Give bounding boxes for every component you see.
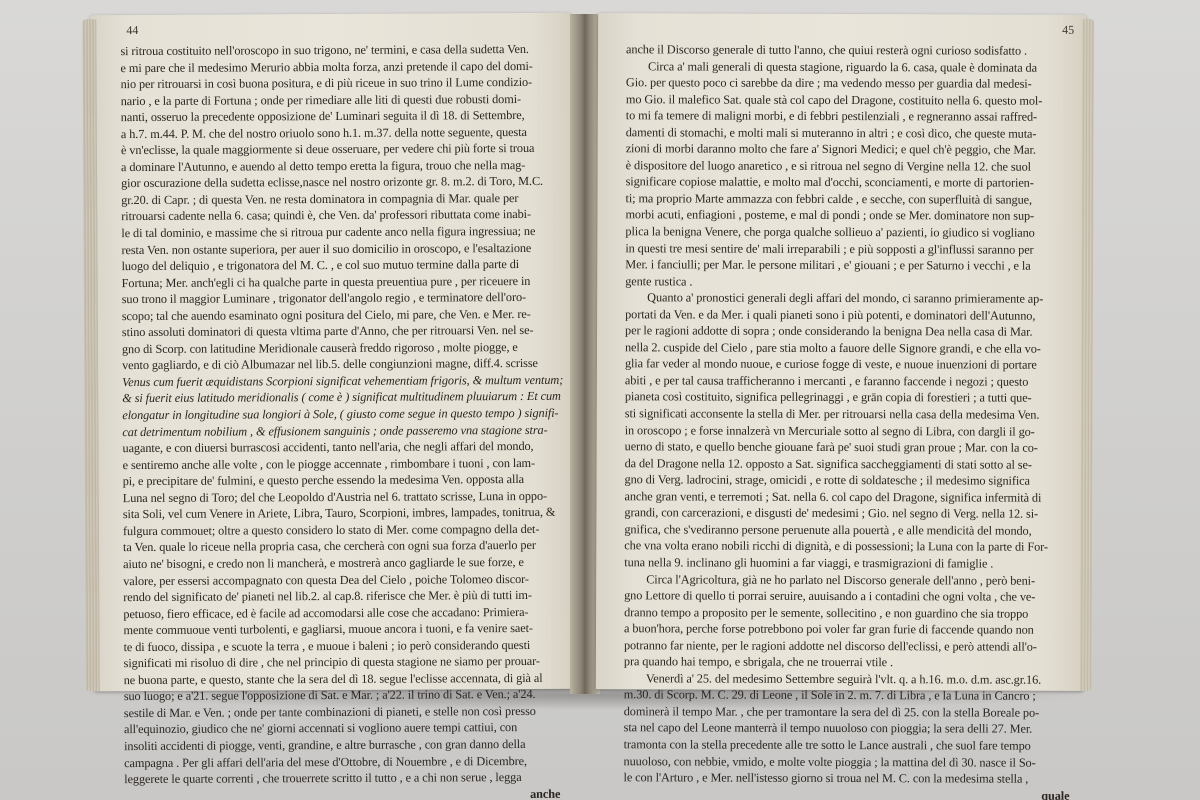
text-line: anche il Discorso generale di tutto l'an…	[626, 41, 1076, 59]
text-line: aiuto ne' bisogni, e credo non li manche…	[123, 554, 563, 573]
right-page-number: 45	[1062, 23, 1074, 38]
text-line: uerno di stato, e quello benche giouane …	[625, 438, 1075, 456]
text-line: a buon'hora, perche forse potrebbono poi…	[624, 620, 1074, 638]
right-page-edges	[1080, 19, 1094, 691]
text-line: plica la benigna Venere, che porga qualc…	[625, 223, 1075, 241]
text-line: suo trono il maggior Luminare , trigonat…	[122, 289, 562, 308]
text-line: pra quando hai tempo, e sbrigala, che ne…	[624, 653, 1074, 671]
text-line: abiti , e per tal causa trafficheranno i…	[625, 372, 1075, 390]
text-line: luogo del deliquio , e trigonatora del M…	[122, 256, 562, 275]
text-line: dranno tempo a proposito per le semente,…	[624, 604, 1074, 622]
text-line: da del Dragone nella 12. opposto a Sat. …	[625, 455, 1075, 473]
text-line: Venerdì a' 25. del medesimo Settembre se…	[624, 670, 1074, 688]
catchword: quale	[623, 786, 1073, 800]
text-line: è vn'eclisse, la quale maggiormente si d…	[121, 140, 561, 159]
text-line: mo Gio. il malefico Sat. quale stà col c…	[626, 91, 1076, 109]
text-line: è dispositore del luogo anaretico , e si…	[626, 157, 1076, 175]
text-line: nio per ritrouarsi in così buona positur…	[121, 74, 561, 93]
text-line: Circa l'Agricoltura, già ne ho parlato n…	[624, 571, 1074, 589]
text-line: sti significati acconsente la stella di …	[625, 405, 1075, 423]
text-line: Mer. i fanciulli; per Mar. le persone mi…	[625, 256, 1075, 274]
text-line: anche gran venti, e terremoti ; Sat. nel…	[624, 488, 1074, 506]
left-page-number: 44	[126, 23, 138, 38]
text-line: le con l'Arturo , e Mer. nell'istesso gi…	[623, 769, 1073, 787]
text-line: Quanto a' pronostici generali degli affa…	[625, 289, 1075, 307]
text-line: m.30. di Scorp. M. C. 29. di Leone , il …	[624, 687, 1074, 705]
text-line: pi, e precipitare de' fulmini, e questo …	[123, 471, 563, 490]
text-line: portati da Ven. e da Mer. i quali pianet…	[625, 306, 1075, 324]
left-page-text: si ritroua costituito nell'oroscopo in s…	[120, 41, 564, 800]
right-page: 45 anche il Discorso generale di tutto l…	[596, 13, 1086, 691]
text-line: in oroscopo ; e forse innalzerà vn Mercu…	[625, 422, 1075, 440]
text-line: gno di Verg. ladrocini, strage, omicidi …	[625, 471, 1075, 489]
left-page: 44 si ritroua costituito nell'oroscopo i…	[90, 13, 574, 692]
text-line: si ritroua costituito nell'oroscopo in s…	[120, 41, 560, 60]
text-line: Circa a' mali generali di questa stagion…	[626, 58, 1076, 76]
text-line: morbi acuti, enfiagioni , posteme, e mal…	[625, 207, 1075, 225]
text-line: ti; ma proprio Marte ammazza con febbri …	[626, 190, 1076, 208]
text-line: nella 2. cuspide del Cielo , pare stia m…	[625, 339, 1075, 357]
text-line: to mi fa temere di maligni morbi, e di f…	[626, 107, 1076, 125]
text-line: mente commuoue venti turbolenti, e gagli…	[123, 620, 563, 639]
text-line: tuna nella 9. inclinano gli huomini a fa…	[624, 554, 1074, 572]
text-line: stino assoluti dominatori di questa vlti…	[122, 322, 562, 341]
text-line: sta nel capo del Leone manterrà il tempo…	[624, 720, 1074, 738]
text-line: grandi, con carcerazioni, e disgusti de'…	[624, 505, 1074, 523]
open-book: 44 si ritroua costituito nell'oroscopo i…	[92, 14, 1092, 704]
text-line: significati mi risoluo di dire , che nel…	[124, 653, 564, 672]
text-line: tramonta con la stella precedente alle t…	[624, 736, 1074, 754]
text-line: uagante, e con diuersi burrascosi accide…	[122, 438, 562, 457]
text-line: gno Lettore di quello ti porrai seruire,…	[624, 587, 1074, 605]
right-page-text: anche il Discorso generale di tutto l'an…	[623, 41, 1076, 800]
text-line: le di tal dominio, e massime che si ritr…	[121, 223, 561, 242]
text-line: nanti, osseruo la precedente opposizione…	[121, 107, 561, 126]
catchword: anche	[124, 785, 564, 800]
text-line: insoliti accidenti di piogge, venti, gra…	[124, 736, 564, 755]
text-line: potranno far niente, per le ragioni addo…	[624, 637, 1074, 655]
text-line: in questi tre mesi sentire de' mali irre…	[625, 240, 1075, 258]
text-line: dominerà il tempo Mar. , che per tramont…	[624, 703, 1074, 721]
text-line: pianeta così costituito, significa pelle…	[625, 389, 1075, 407]
text-line: zioni di morbi daranno molto che fare a'…	[626, 141, 1076, 159]
text-line: glia far veder al mondo nuoue, e curiose…	[625, 356, 1075, 374]
text-line: per le ragioni addotte di sopra ; onde c…	[625, 323, 1075, 341]
text-line: gente rustica .	[625, 273, 1075, 291]
text-line: damenti di stomachi, e molti mali si mut…	[626, 124, 1076, 142]
text-line: Gio. per questo poco ci sarebbe da dire …	[626, 74, 1076, 92]
text-line: elongatur in longitudine sua longiori à …	[122, 405, 562, 424]
text-line: significare copiose malattie, e molto ma…	[626, 174, 1076, 192]
left-page-edges	[82, 19, 100, 691]
text-line: leggerete le quarte correnti , che troue…	[124, 769, 564, 788]
text-line: nuuoloso, con nebbie, vmido, e molte vol…	[624, 753, 1074, 771]
text-line: gnifica, che s'vediranno persone peruenu…	[624, 521, 1074, 539]
text-line: che vna volta erano nobili ricchi di dig…	[624, 538, 1074, 556]
text-line: rendo del significato de' pianeti nel li…	[123, 587, 563, 606]
